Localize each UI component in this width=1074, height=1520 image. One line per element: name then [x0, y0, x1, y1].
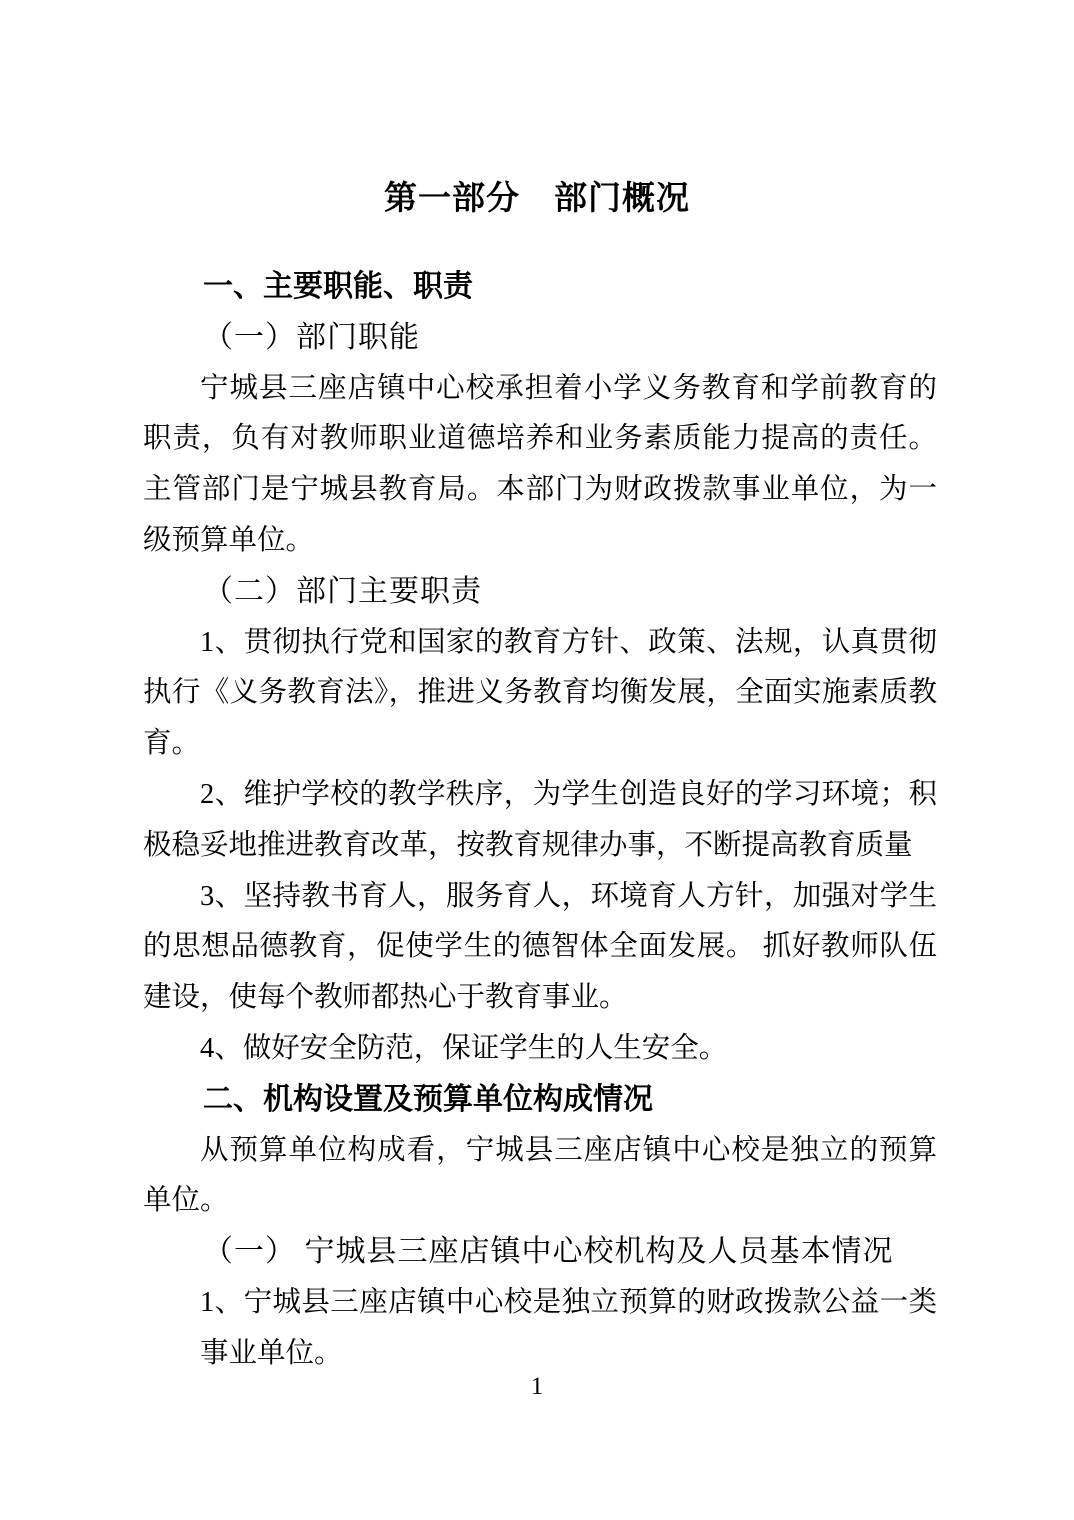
body-paragraph-item-2: 2、维护学校的教学秩序，为学生创造良好的学习环境；积极稳妥地推进教育改革，按教育… [143, 770, 937, 872]
body-paragraph-item-3: 3、坚持教书育人，服务育人，环境育人方针，加强对学生的思想品德教育，促使学生的德… [143, 872, 937, 1024]
subsection-heading-staff-basics: （一） 宁城县三座店镇中心校机构及人员基本情况 [143, 1227, 937, 1278]
body-paragraph-item-1: 1、贯彻执行党和国家的教育方针、政策、法规，认真贯彻执行《义务教育法》，推进义务… [143, 618, 937, 770]
document-page: 第一部分 部门概况 一、主要职能、职责 （一）部门职能 宁城县三座店镇中心校承担… [0, 0, 1074, 1520]
chapter-title: 第一部分 部门概况 [0, 178, 1074, 218]
section-heading-main-duties: 一、主要职能、职责 [143, 262, 937, 313]
body-paragraph-unit-type: 1、宁城县三座店镇中心校是独立预算的财政拨款公益一类事业单位。 [143, 1278, 937, 1380]
subsection-heading-department-functions: （一）部门职能 [143, 313, 937, 364]
body-paragraph: 宁城县三座店镇中心校承担着小学义务教育和学前教育的职责，负有对教师职业道德培养和… [143, 364, 937, 567]
section-heading-org-structure: 二、机构设置及预算单位构成情况 [143, 1075, 937, 1126]
page-number: 1 [0, 1372, 1074, 1402]
subsection-heading-main-responsibilities: （二）部门主要职责 [143, 567, 937, 618]
document-body: 一、主要职能、职责 （一）部门职能 宁城县三座店镇中心校承担着小学义务教育和学前… [143, 262, 937, 1380]
body-paragraph-budget-unit: 从预算单位构成看，宁城县三座店镇中心校是独立的预算单位。 [143, 1126, 937, 1228]
body-paragraph-item-4: 4、做好安全防范，保证学生的人生安全。 [143, 1024, 937, 1075]
